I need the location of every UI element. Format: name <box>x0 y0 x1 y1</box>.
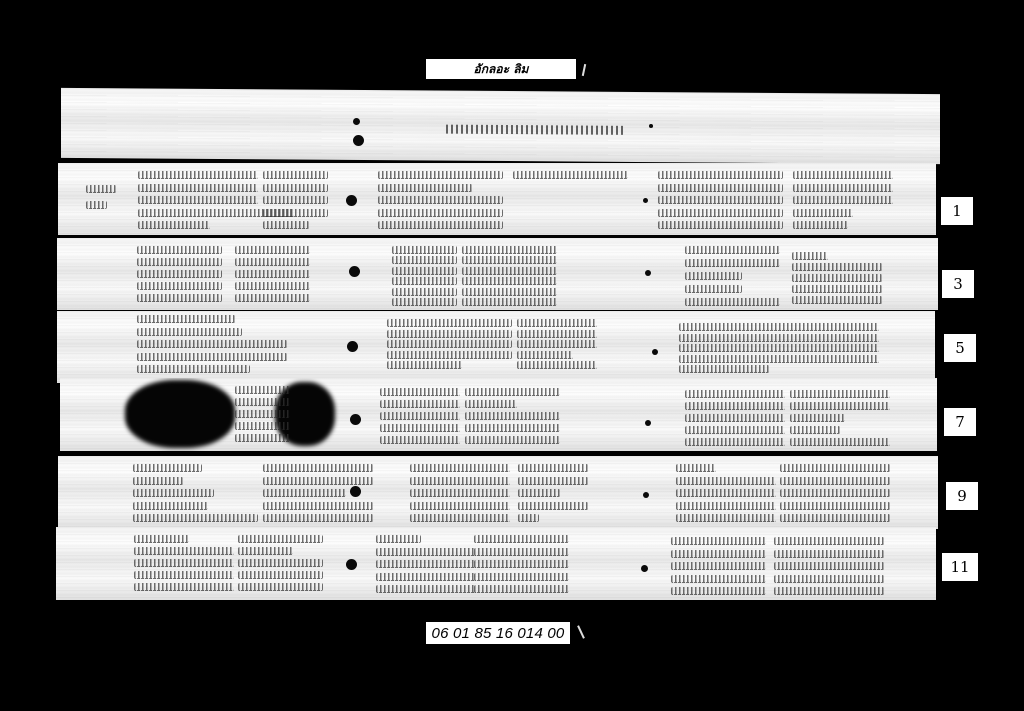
binding-hole <box>652 349 658 355</box>
binding-hole <box>350 414 361 425</box>
binding-hole <box>645 270 651 276</box>
title-label: อักลอะ ลิม <box>426 59 576 79</box>
manuscript-leaf <box>57 311 935 383</box>
manuscript-leaf <box>60 378 937 451</box>
leaf-number-tag: 11 <box>942 553 978 581</box>
water-stain <box>125 380 235 448</box>
binding-hole <box>346 559 357 570</box>
binding-hole <box>643 492 649 498</box>
binding-hole <box>643 198 648 203</box>
binding-hole <box>346 195 357 206</box>
title-leaf <box>61 88 940 164</box>
binding-hole <box>641 565 648 572</box>
manuscript-leaf <box>58 163 936 235</box>
leaf-number-tag: 7 <box>944 408 976 436</box>
binding-hole <box>353 118 360 125</box>
shelf-number-label: 06 01 85 16 014 00 <box>426 622 570 644</box>
manuscript-leaf <box>56 527 936 600</box>
binding-hole <box>350 486 361 497</box>
tick-mark <box>577 625 585 639</box>
binding-hole <box>353 135 364 146</box>
leaf-title-script <box>446 125 626 135</box>
manuscript-leaf <box>57 238 938 310</box>
tick-mark <box>582 64 586 76</box>
binding-hole <box>649 124 653 128</box>
leaf-number-tag: 3 <box>942 270 974 298</box>
leaf-number-tag: 1 <box>941 197 973 225</box>
binding-hole <box>347 341 358 352</box>
binding-hole <box>349 266 360 277</box>
leaf-number-tag: 5 <box>944 334 976 362</box>
binding-hole <box>645 420 651 426</box>
leaf-number-tag: 9 <box>946 482 978 510</box>
manuscript-leaf <box>58 456 938 529</box>
